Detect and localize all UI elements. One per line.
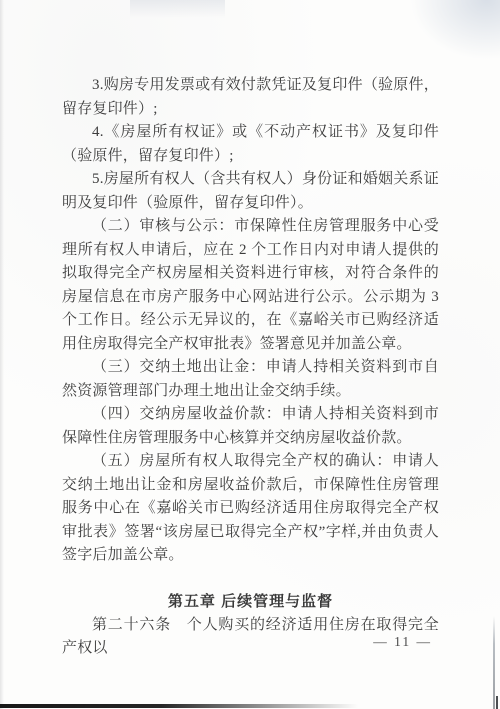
body-paragraph-item-5: 5.房屋所有权人（含共有权人）身份证和婚姻关系证明及复印件（验原件，留存复印件）…	[62, 168, 439, 215]
document-body: 3.购房专用发票或有效付款凭证及复印件（验原件，留存复印件）; 4.《房屋所有权…	[62, 74, 439, 661]
scanned-document-page: 3.购房专用发票或有效付款凭证及复印件（验原件，留存复印件）; 4.《房屋所有权…	[0, 0, 500, 709]
scan-tick-bottom-right	[496, 696, 498, 709]
scan-smudge-top-center	[130, 0, 225, 18]
body-paragraph-land-transfer-fee: （三）交纳土地出让金：申请人持相关资料到市自然资源管理部门办理土地出让金交纳手续…	[62, 356, 439, 403]
scan-line-right-edge	[493, 616, 495, 709]
body-paragraph-item-3: 3.购房专用发票或有效付款凭证及复印件（验原件，留存复印件）;	[62, 74, 439, 121]
scan-smudge-top-right	[410, 0, 500, 60]
page-number: — 11 —	[373, 634, 432, 650]
scan-line-bottom-edge	[0, 704, 358, 708]
chapter-heading: 第五章 后续管理与监督	[62, 590, 439, 614]
body-paragraph-item-4: 4.《房屋所有权证》或《不动产权证书》及复印件（验原件，留存复印件）;	[62, 121, 439, 168]
scan-streak-left-edge	[0, 0, 4, 709]
body-paragraph-full-ownership-confirmation: （五）房屋所有权人取得完全产权的确认：申请人交纳土地出让金和房屋收益价款后，市保…	[62, 450, 439, 568]
body-paragraph-house-income-payment: （四）交纳房屋收益价款：申请人持相关资料到市保障性住房管理服务中心核算并交纳房屋…	[62, 403, 439, 450]
body-paragraph-review-publicity: （二）审核与公示：市保障性住房管理服务中心受理所有权人申请后，应在 2 个工作日…	[62, 215, 439, 356]
